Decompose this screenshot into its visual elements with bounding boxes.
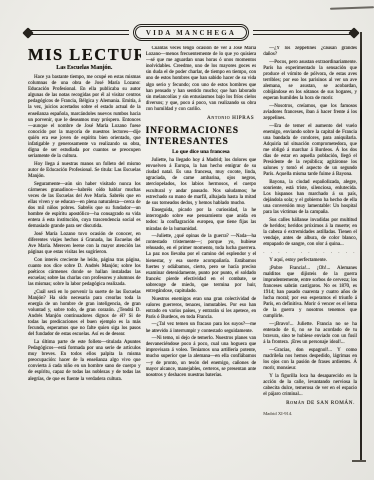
author-signature: Antonio HIPRAS [146,115,255,122]
paragraph: —Ni temo, ni dejo de temerlo. Nuestros p… [146,336,257,379]
article-subtitle: Las Escuelas Manjón. [28,65,141,71]
paragraph: —Gracias, don espagnol!... Y como madril… [263,348,357,372]
text-columns: MIS LECTURAS Las Escuelas Manjón. Hace y… [28,46,357,466]
masthead-rule-left [28,30,129,35]
masthead-rule-left-finial [22,27,33,38]
scan-artifact-right-rule [360,32,363,460]
dateline-footnote: Madrid XI-914. [263,411,357,416]
column-left: MIS LECTURAS Las Escuelas Manjón. Hace y… [28,46,141,466]
paragraph: Y la figurilla loca ha desaparecido en l… [263,374,357,398]
scan-artifact-top-mark [330,6,374,10]
dotted-separator: . . . . . . . . . . . . . . . . . . . . [263,250,357,256]
article-title: MIS LECTURAS [28,46,141,63]
paragraph: —Era de temer el aumento del vuelo enemi… [263,124,357,179]
scanned-page: VIDA MANCHEGA MIS LECTURAS Las Escuelas … [0,0,374,480]
paragraph: Y aquí, estoy perfectamente. [263,258,357,264]
paragraph: José María Lozano tuvo ocasión de conoce… [28,232,141,256]
paragraph: Cuantas veces tengo ocasión de ver á Jos… [146,46,257,113]
paragraph: Juliette, ha llegado hoy á Madrid; los d… [146,158,257,207]
paragraph: ¿Cuál será en lo porvenir la suerte de l… [28,290,141,339]
masthead-rule-right [253,30,354,35]
paragraph: Hace ya bastante tiempo, me ocupé en est… [28,75,141,160]
paragraph: Enseguida, picado por la curiosidad, la … [146,208,257,232]
paragraph: —¿Y los zeppelines ¿causan grandes daños… [263,46,357,58]
paragraph: —Pocos, pero asustan extraordinariamente… [263,60,357,103]
paragraph: Con interés creciente he leído, página t… [28,258,141,288]
paragraph: —Juliette, ¿qué opinas de la guerra? —Na… [146,234,257,295]
paragraph: Sus calles hállanse invadidas por multit… [263,218,357,248]
paragraph: Hoy llega á nuestras manos un folleto de… [28,162,141,180]
paragraph: La última parte de este folleto—titulada… [28,340,141,383]
masthead-title: VIDA MANCHEGA [135,26,247,39]
author-signature: Román DE SAN ROMÁN. [263,400,355,407]
section-subtitle: Lo que dice una francesa [146,149,257,155]
section-title: INFORMACIONES INTERESANTES [146,126,257,147]
paragraph: —¿Tal vez temen un fracaso para los suyo… [146,322,257,334]
paragraph: Nuestros enemigos eran una gran colectiv… [146,297,257,321]
masthead: VIDA MANCHEGA [28,26,354,39]
masthead-rule-right-finial [348,27,359,38]
column-right: —¿Y los zeppelines ¿causan grandes daños… [263,46,357,466]
paragraph: Seguramente—aún sin haber visitado nunca… [28,182,141,231]
paragraph: —Nosotros, creíamos, que los famosos avi… [263,104,357,122]
column-middle: Cuantas veces tengo ocasión de ver á Jos… [146,46,257,466]
paragraph: Bayona, la ciudad españolizada, alegre, … [263,180,357,217]
paragraph: —¡Bravo!... Juliette. Francia no se ha e… [263,322,357,346]
paragraph: ¡Pobre Francia!... ¡Oh!... Alemanes mald… [263,266,357,321]
